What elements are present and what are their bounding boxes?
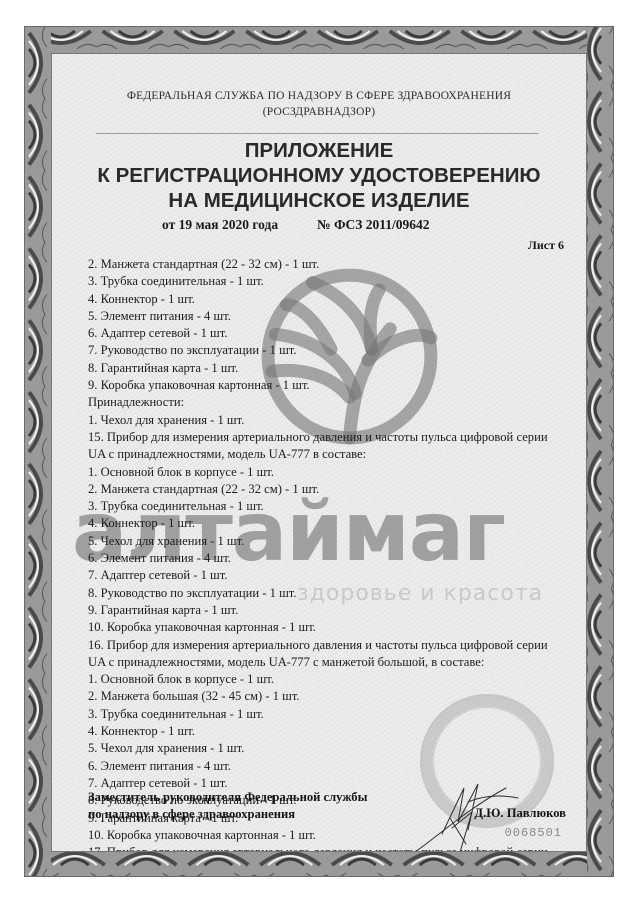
list-item: 4. Коннектор - 1 шт. xyxy=(88,723,587,740)
title-line-3: НА МЕДИЦИНСКОЕ ИЗДЕЛИЕ xyxy=(52,188,586,213)
list-item: 1. Чехол для хранения - 1 шт. xyxy=(88,412,587,429)
list-item: 7. Адаптер сетевой - 1 шт. xyxy=(88,567,587,584)
header-divider xyxy=(96,133,538,134)
title-line-1: ПРИЛОЖЕНИЕ xyxy=(52,138,586,163)
issue-date: от 19 мая 2020 года xyxy=(162,217,278,233)
list-item: 8. Руководство по эксплуатации - 1 шт. xyxy=(88,585,587,602)
list-item: 2. Манжета стандартная (22 - 32 см) - 1 … xyxy=(88,256,587,273)
signer-position-line-2: по надзору в сфере здравоохранения xyxy=(88,806,367,823)
list-item: 2. Манжета большая (32 - 45 см) - 1 шт. xyxy=(88,688,587,705)
list-item: 10. Коробка упаковочная картонная - 1 шт… xyxy=(88,619,587,636)
list-item: 16. Прибор для измерения артериального д… xyxy=(88,637,587,654)
list-item: 5. Чехол для хранения - 1 шт. xyxy=(88,740,587,757)
list-item: 3. Трубка соединительная - 1 шт. xyxy=(88,706,587,723)
certificate-number: № ФСЗ 2011/09642 xyxy=(317,217,430,233)
certificate-page: алтаймаг здоровье и красота ФЕДЕРАЛЬНАЯ … xyxy=(51,53,587,852)
authority-short-name: (РОСЗДРАВНАДЗОР) xyxy=(52,104,586,120)
list-item: 7. Руководство по эксплуатации - 1 шт. xyxy=(88,342,587,359)
sheet-number: Лист 6 xyxy=(528,238,564,253)
list-item: 4. Коннектор - 1 шт. xyxy=(88,291,587,308)
list-item: UA с принадлежностями, модель UA-777 с м… xyxy=(88,654,587,671)
list-item: 6. Элемент питания - 4 шт. xyxy=(88,550,587,567)
signer-position: Заместитель руководителя Федеральной слу… xyxy=(88,789,367,823)
list-item: 1. Основной блок в корпусе - 1 шт. xyxy=(88,464,587,481)
signer-position-line-1: Заместитель руководителя Федеральной слу… xyxy=(88,789,367,806)
list-item: 3. Трубка соединительная - 1 шт. xyxy=(88,273,587,290)
list-item: 8. Гарантийная карта - 1 шт. xyxy=(88,360,587,377)
issuing-authority: ФЕДЕРАЛЬНАЯ СЛУЖБА ПО НАДЗОРУ В СФЕРЕ ЗД… xyxy=(52,88,586,120)
signer-name: Д.Ю. Павлюков xyxy=(474,806,566,821)
list-item: UA с принадлежностями, модель UA-777 в с… xyxy=(88,446,587,463)
form-serial-number: 0068501 xyxy=(505,826,562,840)
list-item: 3. Трубка соединительная - 1 шт. xyxy=(88,498,587,515)
list-item: 9. Гарантийная карта - 1 шт. xyxy=(88,602,587,619)
list-item: 15. Прибор для измерения артериального д… xyxy=(88,429,587,446)
title-line-2: К РЕГИСТРАЦИОННОМУ УДОСТОВЕРЕНИЮ xyxy=(52,163,586,188)
authority-name: ФЕДЕРАЛЬНАЯ СЛУЖБА ПО НАДЗОРУ В СФЕРЕ ЗД… xyxy=(52,88,586,104)
list-item: 5. Чехол для хранения - 1 шт. xyxy=(88,533,587,550)
list-item: 6. Адаптер сетевой - 1 шт. xyxy=(88,325,587,342)
certificate-frame: алтаймаг здоровье и красота ФЕДЕРАЛЬНАЯ … xyxy=(24,26,614,877)
list-item: 1. Основной блок в корпусе - 1 шт. xyxy=(88,671,587,688)
list-item: 5. Элемент питания - 4 шт. xyxy=(88,308,587,325)
document-title: ПРИЛОЖЕНИЕ К РЕГИСТРАЦИОННОМУ УДОСТОВЕРЕ… xyxy=(52,138,586,213)
list-item: 6. Элемент питания - 4 шт. xyxy=(88,758,587,775)
list-item: Принадлежности: xyxy=(88,394,587,411)
list-item: 9. Коробка упаковочная картонная - 1 шт. xyxy=(88,377,587,394)
list-item: 2. Манжета стандартная (22 - 32 см) - 1 … xyxy=(88,481,587,498)
components-list: 2. Манжета стандартная (22 - 32 см) - 1 … xyxy=(88,256,587,852)
list-item: 4. Коннектор - 1 шт. xyxy=(88,515,587,532)
